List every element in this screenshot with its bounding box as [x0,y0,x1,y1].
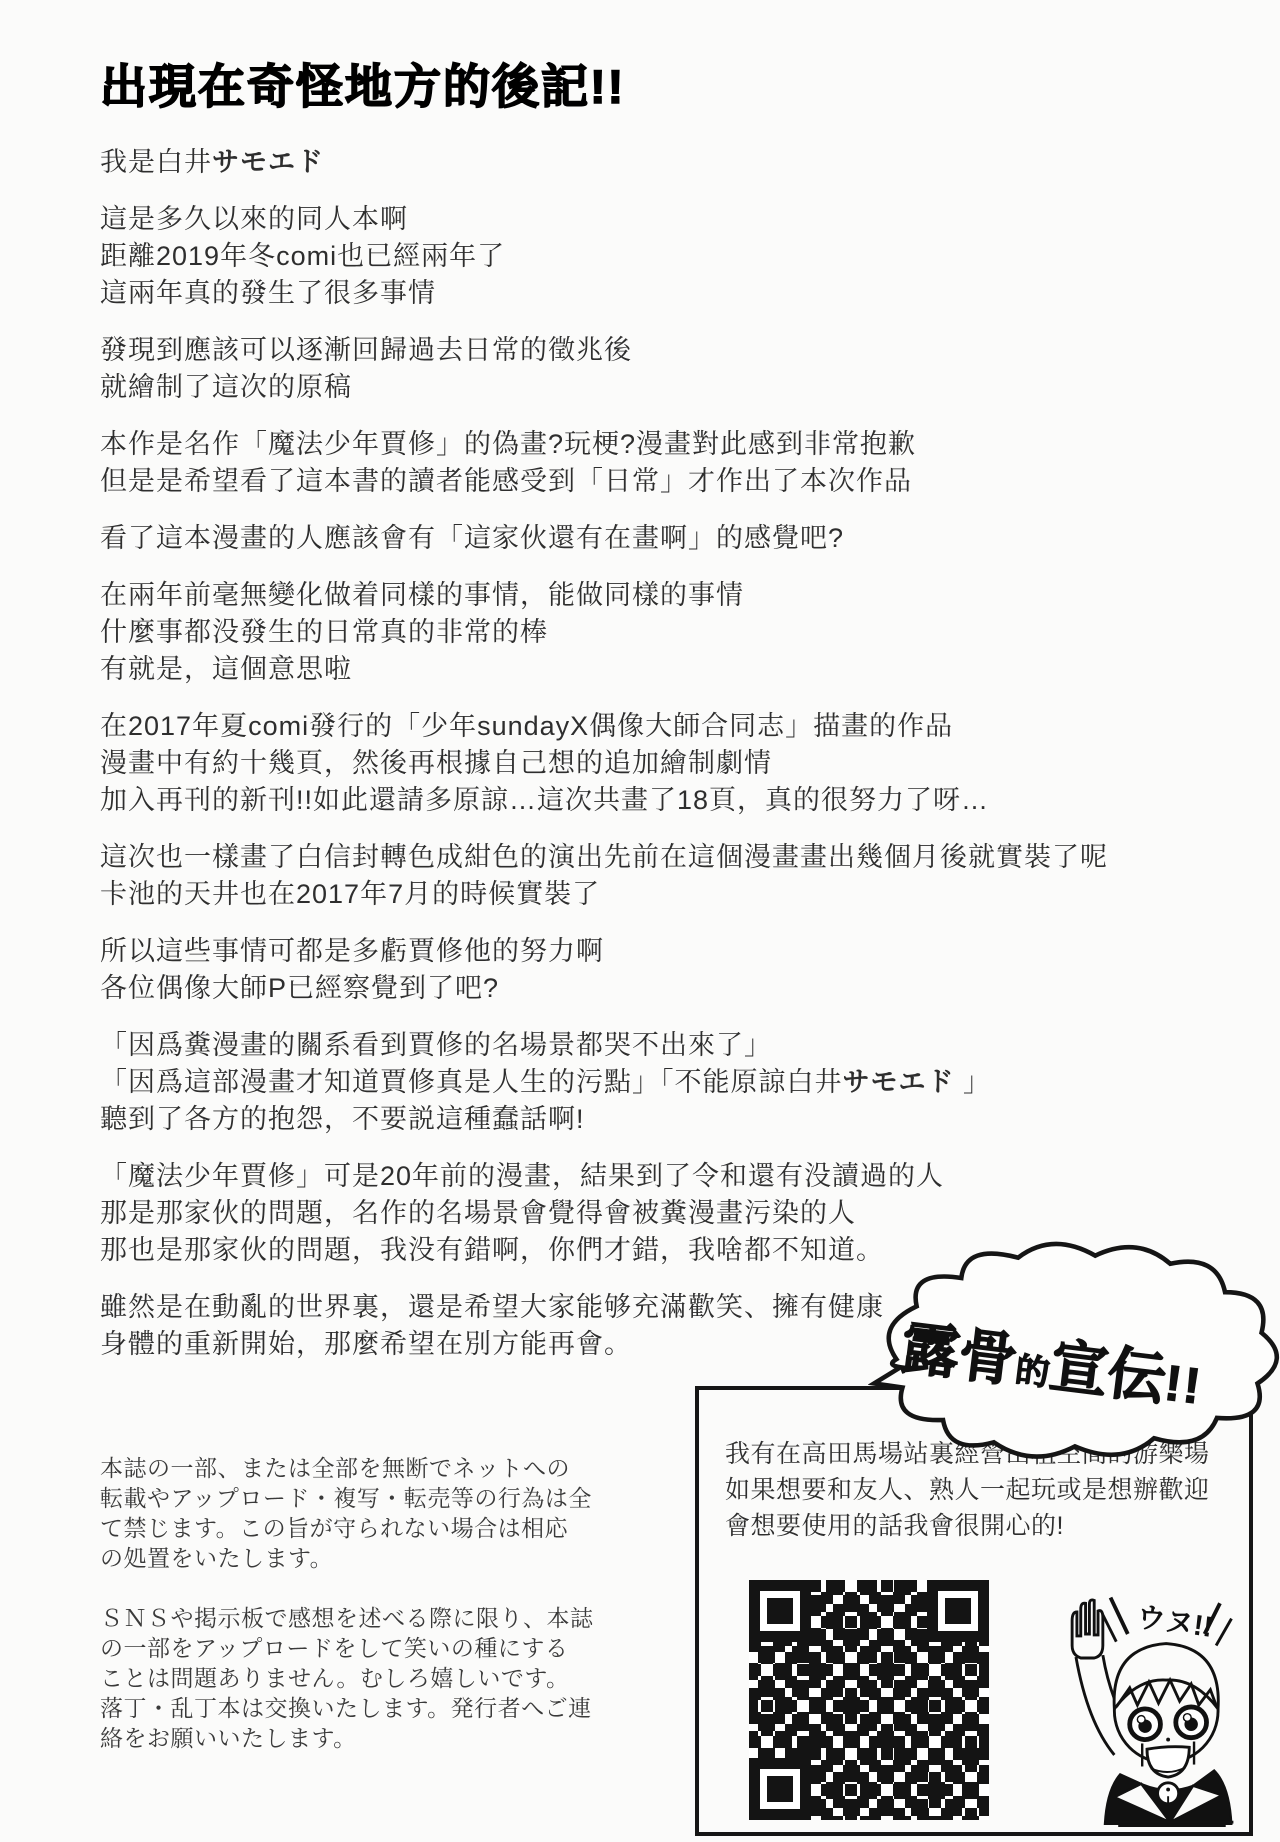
text-line: 發現到應該可以逐漸回歸過去日常的徵兆後 [100,332,1110,369]
paragraph: 這是多久以來的同人本啊 距離2019年冬comi也已經兩年了 這兩年真的發生了很… [100,201,1110,312]
text-line: ＳＮＳや掲示板で感想を述べる際に限り、本誌 [100,1603,600,1633]
chibi-drawing: ウヌ!! [1051,1584,1243,1828]
text-line: 「魔法少年賈修」可是20年前的漫畫，結果到了令和還有没讀過的人 [100,1158,1110,1195]
text-line: 看了這本漫畫的人應該會有「這家伙還有在畫啊」的感覺吧? [100,520,1110,557]
qr-finder-pattern [749,1580,811,1642]
text-line: ことは問題ありません。むしろ嬉しいです。 [100,1663,600,1693]
text-segment: 「因爲這部漫畫才知道賈修真是人生的污點」「不能原諒白井 [100,1067,843,1097]
bubble-particle: 的 [1013,1351,1051,1393]
text-line: 漫畫中有約十幾頁，然後再根據自己想的追加繪制劇情 [100,745,1110,782]
text-line: て禁じます。この旨が守られない場合は相応 [100,1513,600,1543]
text-line: 絡をお願いいたします。 [100,1723,600,1753]
legal-block-reproduction: 本誌の一部、または全部を無断でネットへの 転載やアップロード・複写・転売等の行為… [100,1453,600,1573]
text-line: 在2017年夏comi發行的「少年sundayX偶像大師合同志」描畫的作品 [100,708,1110,745]
text-line: 卡池的天井也在2017年7月的時候實裝了 [100,876,1110,913]
text-line: の一部をアップロードをして笑いの種にする [100,1633,600,1663]
text-line: 転載やアップロード・複写・転売等の行為は全 [100,1483,600,1513]
qr-finder-pattern [927,1580,989,1642]
text-line: 那是那家伙的問題，名作的名場景會覺得會被糞漫畫污染的人 [100,1195,1110,1232]
text-line: の処置をいたします。 [100,1543,600,1573]
paragraph: 在兩年前毫無變化做着同樣的事情，能做同樣的事情 什麼事都没發生的日常真的非常的棒… [100,577,1110,688]
legal-block-sns: ＳＮＳや掲示板で感想を述べる際に限り、本誌 の一部をアップロードをして笑いの種に… [100,1603,600,1753]
intro-pre: 我是白井 [100,147,212,177]
text-line: 有就是，這個意思啦 [100,651,1110,688]
speech-bubble: 露骨的宣伝!! [868,1238,1280,1464]
text-line: 這次也一樣畫了白信封轉色成紺色的演出先前在這個漫畫畫出幾個月後就實裝了呢 [100,839,1110,876]
afterword-page: 出現在奇怪地方的後記!! 我是白井サモエド 這是多久以來的同人本啊 距離2019… [0,0,1280,1842]
text-line: 各位偶像大師P已經察覺到了吧? [100,970,1110,1007]
paragraph: 所以這些事情可都是多虧賈修他的努力啊 各位偶像大師P已經察覺到了吧? [100,933,1110,1007]
bubble-exclamation: !! [1162,1355,1206,1415]
text-line: 所以這些事情可都是多虧賈修他的努力啊 [100,933,1110,970]
legal-notice: 本誌の一部、または全部を無断でネットへの 転載やアップロード・複写・転売等の行為… [100,1453,600,1783]
afterword-title: 出現在奇怪地方的後記!! [100,60,1110,114]
text-line: 但是是希望看了這本書的讀者能感受到「日常」才作出了本次作品 [100,463,1110,500]
text-line: 「因爲糞漫畫的關系看到賈修的名場景都哭不出來了」 [100,1027,1110,1064]
text-line: 如果想要和友人、熟人一起玩或是想辦歡迎 [725,1472,1210,1508]
author-name: サモエド [212,147,324,177]
chibi-exclamation: ウヌ!! [1135,1602,1215,1644]
text-line: 落丁・乱丁本は交換いたします。発行者へご連 [100,1693,600,1723]
text-line: 聽到了各方的抱怨，不要説這種蠢話啊! [100,1101,1110,1138]
chibi-character-illustration: ウヌ!! [1051,1584,1243,1828]
text-line: 本作是名作「魔法少年賈修」的偽畫?玩梗?漫畫對此感到非常抱歉 [100,426,1110,463]
text-line: 這是多久以來的同人本啊 [100,201,1110,238]
text-line: 會想要使用的話我會很開心的! [725,1508,1210,1544]
paragraph-intro: 我是白井サモエド [100,144,1110,181]
paragraph: 本作是名作「魔法少年賈修」的偽畫?玩梗?漫畫對此感到非常抱歉 但是是希望看了這本… [100,426,1110,500]
afterword-body: 出現在奇怪地方的後記!! 我是白井サモエド 這是多久以來的同人本啊 距離2019… [100,60,1110,1383]
text-line: 「因爲這部漫畫才知道賈修真是人生的污點」「不能原諒白井サモエド 」 [100,1064,1110,1101]
qr-code [749,1580,989,1820]
text-segment: 」 [955,1067,992,1097]
qr-finder-pattern [749,1758,811,1820]
paragraph: 發現到應該可以逐漸回歸過去日常的徵兆後 就繪制了這次的原稿 [100,332,1110,406]
text-line: 本誌の一部、または全部を無断でネットへの [100,1453,600,1483]
text-line: 就繪制了這次的原稿 [100,369,1110,406]
text-line: 在兩年前毫無變化做着同樣的事情，能做同樣的事情 [100,577,1110,614]
text-line: 距離2019年冬comi也已經兩年了 [100,238,1110,275]
paragraph-complaints: 「因爲糞漫畫的關系看到賈修的名場景都哭不出來了」 「因爲這部漫畫才知道賈修真是人… [100,1027,1110,1138]
text-line: 我是白井サモエド [100,144,1110,181]
text-line: 加入再刊的新刊!!如此還請多原諒…這次共畫了18頁，真的很努力了呀… [100,782,1110,819]
text-line: 什麼事都没發生的日常真的非常的棒 [100,614,1110,651]
bubble-word: 露骨 [897,1315,1020,1394]
bubble-word: 宣伝 [1046,1333,1169,1412]
paragraph: 在2017年夏comi發行的「少年sundayX偶像大師合同志」描畫的作品 漫畫… [100,708,1110,819]
paragraph: 看了這本漫畫的人應該會有「這家伙還有在畫啊」的感覺吧? [100,520,1110,557]
text-line: 這兩年真的發生了很多事情 [100,275,1110,312]
author-name: サモエド [843,1067,955,1097]
paragraph: 這次也一樣畫了白信封轉色成紺色的演出先前在這個漫畫畫出幾個月後就實裝了呢 卡池的… [100,839,1110,913]
